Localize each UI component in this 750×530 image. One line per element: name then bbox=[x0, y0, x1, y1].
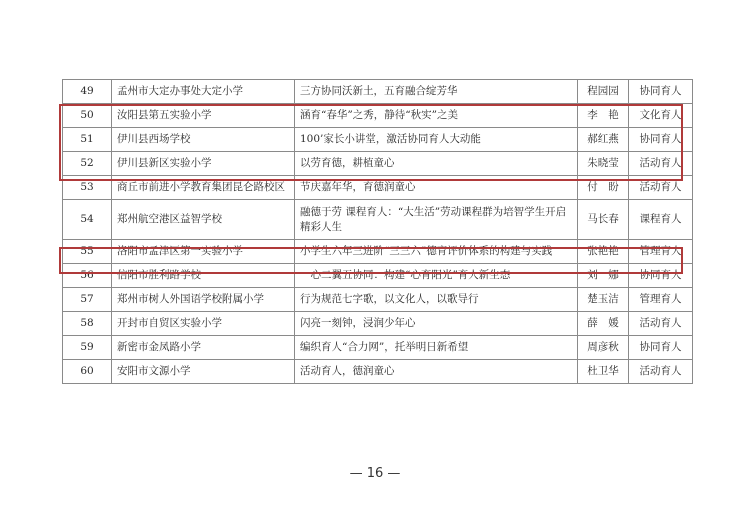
row-number: 53 bbox=[63, 176, 112, 200]
category: 协同育人 bbox=[629, 264, 693, 288]
table-row: 57 郑州市树人外国语学校附属小学 行为规范七字歌，以文化人，以歌导行 楚玉洁 … bbox=[63, 288, 693, 312]
case-title: 编织育人“合力网”，托举明日新希望 bbox=[295, 336, 578, 360]
table-row: 58 开封市自贸区实验小学 闪亮一刻钟，浸润少年心 薛 媛 活动育人 bbox=[63, 312, 693, 336]
author-name: 周彦秋 bbox=[578, 336, 629, 360]
case-title: 融德于劳 课程育人：“大生活”劳动课程群为培智学生开启精彩人生 bbox=[295, 200, 578, 240]
school-name: 汝阳县第五实验小学 bbox=[112, 104, 295, 128]
school-name: 安阳市文源小学 bbox=[112, 360, 295, 384]
author-name: 杜卫华 bbox=[578, 360, 629, 384]
row-number: 59 bbox=[63, 336, 112, 360]
row-number: 58 bbox=[63, 312, 112, 336]
case-title: 以劳育德，耕植童心 bbox=[295, 152, 578, 176]
author-name: 李 艳 bbox=[578, 104, 629, 128]
author-name: 马长春 bbox=[578, 200, 629, 240]
table-row: 50 汝阳县第五实验小学 涵育“春华”之秀，静待“秋实”之美 李 艳 文化育人 bbox=[63, 104, 693, 128]
row-number: 55 bbox=[63, 240, 112, 264]
category: 管理育人 bbox=[629, 240, 693, 264]
table-row: 51 伊川县西场学校 100’家长小讲堂，激活协同育人大动能 郝红燕 协同育人 bbox=[63, 128, 693, 152]
category: 管理育人 bbox=[629, 288, 693, 312]
category: 活动育人 bbox=[629, 152, 693, 176]
row-number: 57 bbox=[63, 288, 112, 312]
author-name: 郝红燕 bbox=[578, 128, 629, 152]
page-number: — 16 — bbox=[0, 466, 750, 481]
category: 活动育人 bbox=[629, 176, 693, 200]
school-name: 孟州市大定办事处大定小学 bbox=[112, 80, 295, 104]
author-name: 程园园 bbox=[578, 80, 629, 104]
table-row: 49 孟州市大定办事处大定小学 三方协同沃新土，五育融合绽芳华 程园园 协同育人 bbox=[63, 80, 693, 104]
school-name: 信阳市胜利路学校 bbox=[112, 264, 295, 288]
table-row: 59 新密市金凤路小学 编织育人“合力网”，托举明日新希望 周彦秋 协同育人 bbox=[63, 336, 693, 360]
school-name: 郑州航空港区益智学校 bbox=[112, 200, 295, 240]
case-title: 三方协同沃新土，五育融合绽芳华 bbox=[295, 80, 578, 104]
row-number: 50 bbox=[63, 104, 112, 128]
school-name: 郑州市树人外国语学校附属小学 bbox=[112, 288, 295, 312]
case-title: 行为规范七字歌，以文化人，以歌导行 bbox=[295, 288, 578, 312]
category: 活动育人 bbox=[629, 312, 693, 336]
case-title: 小学生六年三进阶“三三六”德育评价体系的构建与实践 bbox=[295, 240, 578, 264]
document-page: 49 孟州市大定办事处大定小学 三方协同沃新土，五育融合绽芳华 程园园 协同育人… bbox=[0, 0, 750, 530]
row-number: 49 bbox=[63, 80, 112, 104]
category: 活动育人 bbox=[629, 360, 693, 384]
row-number: 54 bbox=[63, 200, 112, 240]
table-row: 56 信阳市胜利路学校 一心二翼五协同：构建“心育阳光”育人新生态 刘 娜 协同… bbox=[63, 264, 693, 288]
author-name: 薛 媛 bbox=[578, 312, 629, 336]
table-row: 53 商丘市前进小学教育集团昆仑路校区 节庆嘉年华，育德润童心 付 盼 活动育人 bbox=[63, 176, 693, 200]
school-name: 洛阳市孟津区第一实验小学 bbox=[112, 240, 295, 264]
author-name: 朱晓莹 bbox=[578, 152, 629, 176]
table-row: 55 洛阳市孟津区第一实验小学 小学生六年三进阶“三三六”德育评价体系的构建与实… bbox=[63, 240, 693, 264]
row-number: 52 bbox=[63, 152, 112, 176]
school-name: 伊川县新区实验小学 bbox=[112, 152, 295, 176]
case-title: 一心二翼五协同：构建“心育阳光”育人新生态 bbox=[295, 264, 578, 288]
school-name: 开封市自贸区实验小学 bbox=[112, 312, 295, 336]
row-number: 51 bbox=[63, 128, 112, 152]
school-name: 伊川县西场学校 bbox=[112, 128, 295, 152]
row-number: 60 bbox=[63, 360, 112, 384]
table-row: 60 安阳市文源小学 活动育人，德润童心 杜卫华 活动育人 bbox=[63, 360, 693, 384]
category: 协同育人 bbox=[629, 80, 693, 104]
author-name: 刘 娜 bbox=[578, 264, 629, 288]
table-row: 52 伊川县新区实验小学 以劳育德，耕植童心 朱晓莹 活动育人 bbox=[63, 152, 693, 176]
author-name: 张艳艳 bbox=[578, 240, 629, 264]
school-name: 商丘市前进小学教育集团昆仑路校区 bbox=[112, 176, 295, 200]
category: 文化育人 bbox=[629, 104, 693, 128]
award-list-table: 49 孟州市大定办事处大定小学 三方协同沃新土，五育融合绽芳华 程园园 协同育人… bbox=[62, 79, 693, 384]
category: 协同育人 bbox=[629, 128, 693, 152]
table-row: 54 郑州航空港区益智学校 融德于劳 课程育人：“大生活”劳动课程群为培智学生开… bbox=[63, 200, 693, 240]
case-title: 100’家长小讲堂，激活协同育人大动能 bbox=[295, 128, 578, 152]
school-name: 新密市金凤路小学 bbox=[112, 336, 295, 360]
author-name: 楚玉洁 bbox=[578, 288, 629, 312]
category: 协同育人 bbox=[629, 336, 693, 360]
row-number: 56 bbox=[63, 264, 112, 288]
case-title: 节庆嘉年华，育德润童心 bbox=[295, 176, 578, 200]
case-title: 涵育“春华”之秀，静待“秋实”之美 bbox=[295, 104, 578, 128]
case-title: 活动育人，德润童心 bbox=[295, 360, 578, 384]
author-name: 付 盼 bbox=[578, 176, 629, 200]
category: 课程育人 bbox=[629, 200, 693, 240]
case-title: 闪亮一刻钟，浸润少年心 bbox=[295, 312, 578, 336]
